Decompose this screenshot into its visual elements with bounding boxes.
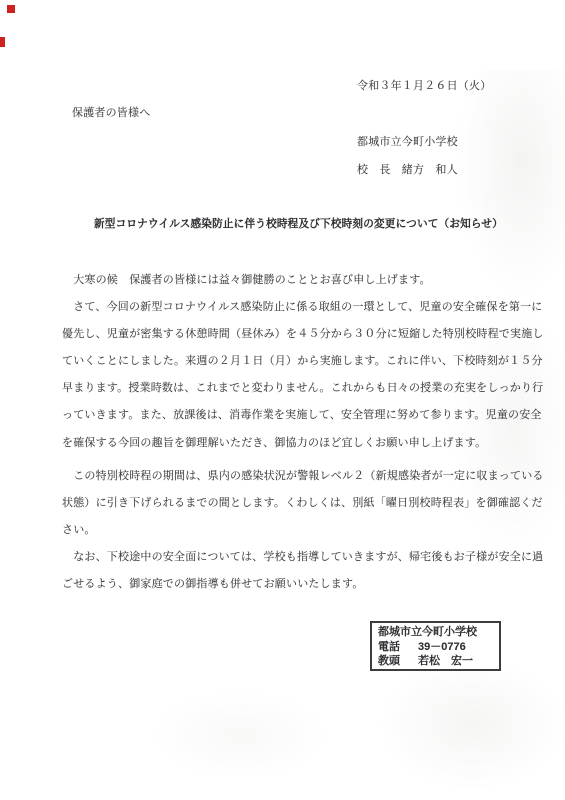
body-line: 優先し、児童が密集する休憩時間（昼休み）を４５分から３０分に短縮した特別校時程で… <box>62 327 544 341</box>
red-scan-mark <box>0 37 5 47</box>
body-line: なお、下校途中の安全面については、学校も指導していきますが、帰宅後もお子様が安全… <box>62 550 543 564</box>
body-line: ていくことにしました。来週の２月１日（月）から実施します。これに伴い、下校時刻が… <box>62 354 543 368</box>
phone-number: 39－0776 <box>418 641 466 653</box>
sender-principal: 校 長 緒方 和人 <box>357 163 458 177</box>
contact-box: 都城市立今町小学校 電話39－0776 教頭若松 宏一 <box>370 621 501 671</box>
person-name: 若松 宏一 <box>418 655 473 667</box>
body-line: 大寒の候 保護者の皆様には益々御健勝のこととお喜び申し上げます。 <box>62 273 431 287</box>
body-line: さい。 <box>62 523 96 537</box>
body-line: この特別校時程の期間は、県内の感染状況が警報レベル２（新規感染者が一定に収まって… <box>62 469 544 483</box>
body-line: さて、今回の新型コロナウイルス感染防止に係る取組の一環として、児童の安全確保を第… <box>62 300 543 314</box>
scan-noise <box>455 70 565 300</box>
phone-label: 電話 <box>378 640 418 655</box>
scan-noise <box>150 690 330 780</box>
sender-school: 都城市立今町小学校 <box>357 135 458 149</box>
body-line: っていきます。また、放課後は、消毒作業を実施して、安全管理に努めて参ります。児童… <box>62 408 542 422</box>
red-scan-mark <box>7 5 15 13</box>
contact-person-row: 教頭若松 宏一 <box>378 654 499 669</box>
date-line: 令和３年１月２６日（火） <box>357 79 491 93</box>
body-line: 早まります。授業時数は、これまでと変わりません。これからも日々の授業の充実をしっ… <box>62 381 543 395</box>
contact-school: 都城市立今町小学校 <box>378 625 499 640</box>
scan-noise <box>380 670 565 790</box>
body-line: を確保する今回の趣旨を御理解いただき、御協力のほど宜しくお願い申し上げます。 <box>62 436 486 450</box>
document-title: 新型コロナウイルス感染防止に伴う校時程及び下校時刻の変更について（お知らせ） <box>94 218 503 232</box>
letter-page: 令和３年１月２６日（火） 保護者の皆様へ 都城市立今町小学校 校 長 緒方 和人… <box>0 0 565 800</box>
body-line: ごせるよう、御家庭での御指導も併せてお願いいたします。 <box>62 577 364 591</box>
contact-phone-row: 電話39－0776 <box>378 640 499 655</box>
body-line: 状態）に引き下げられるまでの間とします。くわしくは、別紙「曜日別校時程表」を御確… <box>62 496 543 510</box>
recipient-line: 保護者の皆様へ <box>72 106 150 120</box>
person-title-label: 教頭 <box>378 654 418 669</box>
